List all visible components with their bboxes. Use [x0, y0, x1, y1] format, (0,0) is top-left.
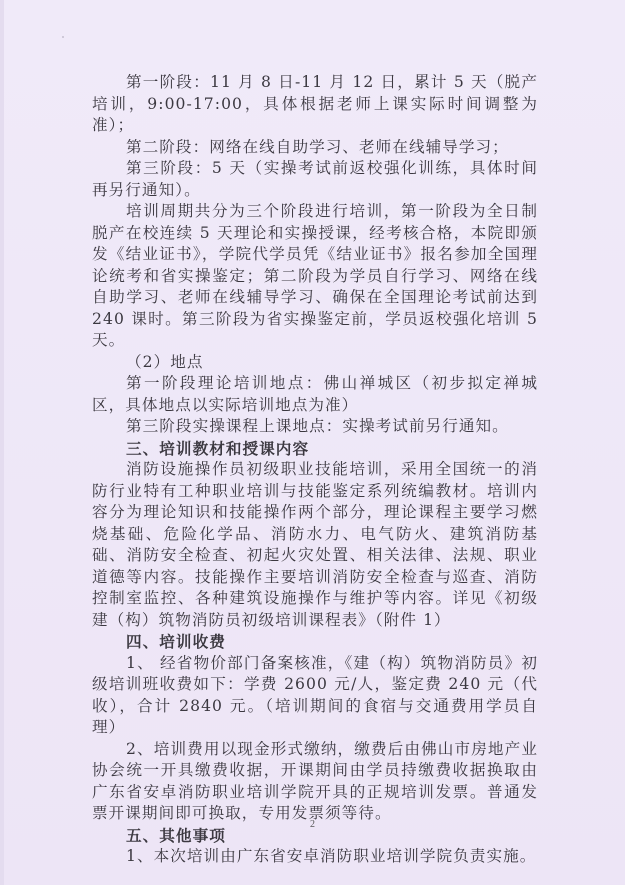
subheading-location: （2）地点 — [92, 352, 538, 374]
paragraph-stage-two: 第二阶段：网络在线自助学习、老师在线辅导学习； — [92, 137, 538, 159]
paragraph-implementation: 1、本次培训由广东省安卓消防职业培训学院负责实施。 — [92, 846, 538, 868]
paragraph-practical-location: 第三阶段实操课程上课地点：实操考试前另行通知。 — [92, 416, 538, 438]
paragraph-fee-amount: 1、 经省物价部门备案核准，《建（构）筑物消防员》初级培训班收费如下：学费 26… — [92, 653, 538, 739]
paragraph-course-content: 消防设施操作员初级职业技能培训，采用全国统一的消防行业特有工种职业培训与技能鉴定… — [92, 459, 538, 631]
scan-speck — [407, 744, 409, 746]
paragraph-stage-one: 第一阶段：11 月 8 日-11 月 12 日，累计 5 天（脱产培训，9:00… — [92, 72, 538, 137]
paragraph-stage-three: 第三阶段：5 天（实操考试前返校强化训练，具体时间再另行通知）。 — [92, 158, 538, 201]
paragraph-fee-payment: 2、培训费用以现金形式缴纳，缴费后由佛山市房地产业协会统一开具缴费收据，开课期间… — [92, 739, 538, 825]
page-number: 2 — [0, 819, 625, 830]
paragraph-training-cycle: 培训周期共分为三个阶段进行培训，第一阶段为全日制脱产在校连续 5 天理论和实操授… — [92, 201, 538, 352]
section-heading-materials: 三、培训教材和授课内容 — [92, 438, 538, 460]
section-heading-fees: 四、培训收费 — [92, 631, 538, 653]
scan-edge — [0, 0, 4, 885]
document-page: 第一阶段：11 月 8 日-11 月 12 日，累计 5 天（脱产培训，9:00… — [0, 0, 625, 885]
paragraph-theory-location: 第一阶段理论培训地点：佛山禅城区（初步拟定禅城区，具体地点以实际培训地点为准） — [92, 373, 538, 416]
document-body: 第一阶段：11 月 8 日-11 月 12 日，累计 5 天（脱产培训，9:00… — [92, 72, 538, 868]
scan-speck — [62, 36, 64, 38]
